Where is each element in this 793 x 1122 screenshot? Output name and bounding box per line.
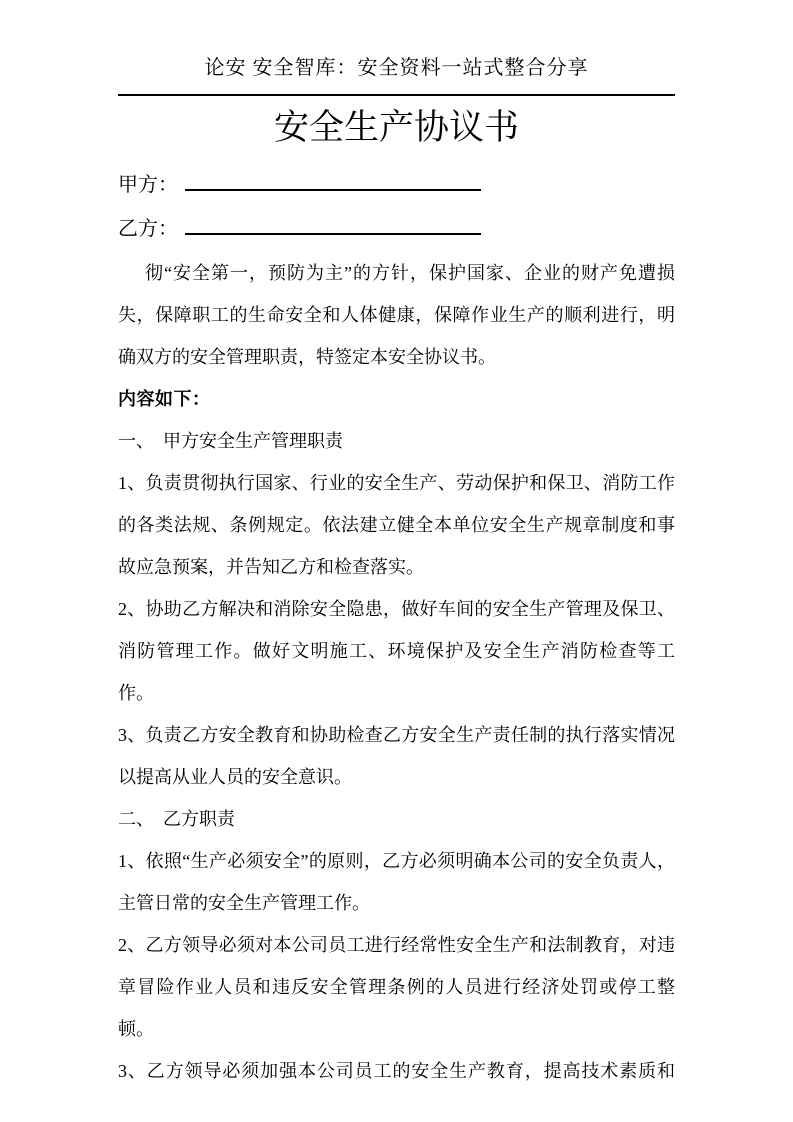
content-intro-label: 内容如下： xyxy=(118,378,675,420)
party-a-label: 甲方： xyxy=(118,174,178,196)
header-divider-line xyxy=(118,94,675,96)
clause-b-2: 2、乙方领导必须对本公司员工进行经常性安全生产和法制教育，对违章冒险作业人员和违… xyxy=(118,924,675,1050)
document-title: 安全生产协议书 xyxy=(118,105,675,151)
party-a-row: 甲方： xyxy=(118,163,675,207)
intro-paragraph: 彻“安全第一，预防为主”的方针，保护国家、企业的财产免遭损失，保障职工的生命安全… xyxy=(118,252,675,378)
party-b-label: 乙方： xyxy=(118,218,178,240)
parties-section: 甲方： 乙方： xyxy=(118,163,675,251)
clause-b-3-truncated: 3、乙方领导必须加强本公司员工的安全生产教育，提高技术素质和 xyxy=(118,1050,675,1092)
party-b-blank-field[interactable] xyxy=(185,209,481,235)
party-b-row: 乙方： xyxy=(118,207,675,251)
section-heading-party-a-duties: 一、 甲方安全生产管理职责 xyxy=(118,420,675,462)
document-body: 彻“安全第一，预防为主”的方针，保护国家、企业的财产免遭损失，保障职工的生命安全… xyxy=(118,252,675,1092)
clause-a-3: 3、负责乙方安全教育和协助检查乙方安全生产责任制的执行落实情况以提高从业人员的安… xyxy=(118,714,675,798)
clause-b-1: 1、依照“生产必须安全”的原则，乙方必须明确本公司的安全负责人，主管日常的安全生… xyxy=(118,840,675,924)
clause-a-2: 2、协助乙方解决和消除安全隐患，做好车间的安全生产管理及保卫、消防管理工作。做好… xyxy=(118,588,675,714)
party-a-blank-field[interactable] xyxy=(185,165,481,191)
site-header-text: 论安 安全智库：安全资料一站式整合分享 xyxy=(118,55,675,81)
document-page: 论安 安全智库：安全资料一站式整合分享 安全生产协议书 甲方： 乙方： 彻“安全… xyxy=(0,0,793,1122)
section-heading-party-b-duties: 二、 乙方职责 xyxy=(118,798,675,840)
clause-a-1: 1、负责贯彻执行国家、行业的安全生产、劳动保护和保卫、消防工作的各类法规、条例规… xyxy=(118,462,675,588)
